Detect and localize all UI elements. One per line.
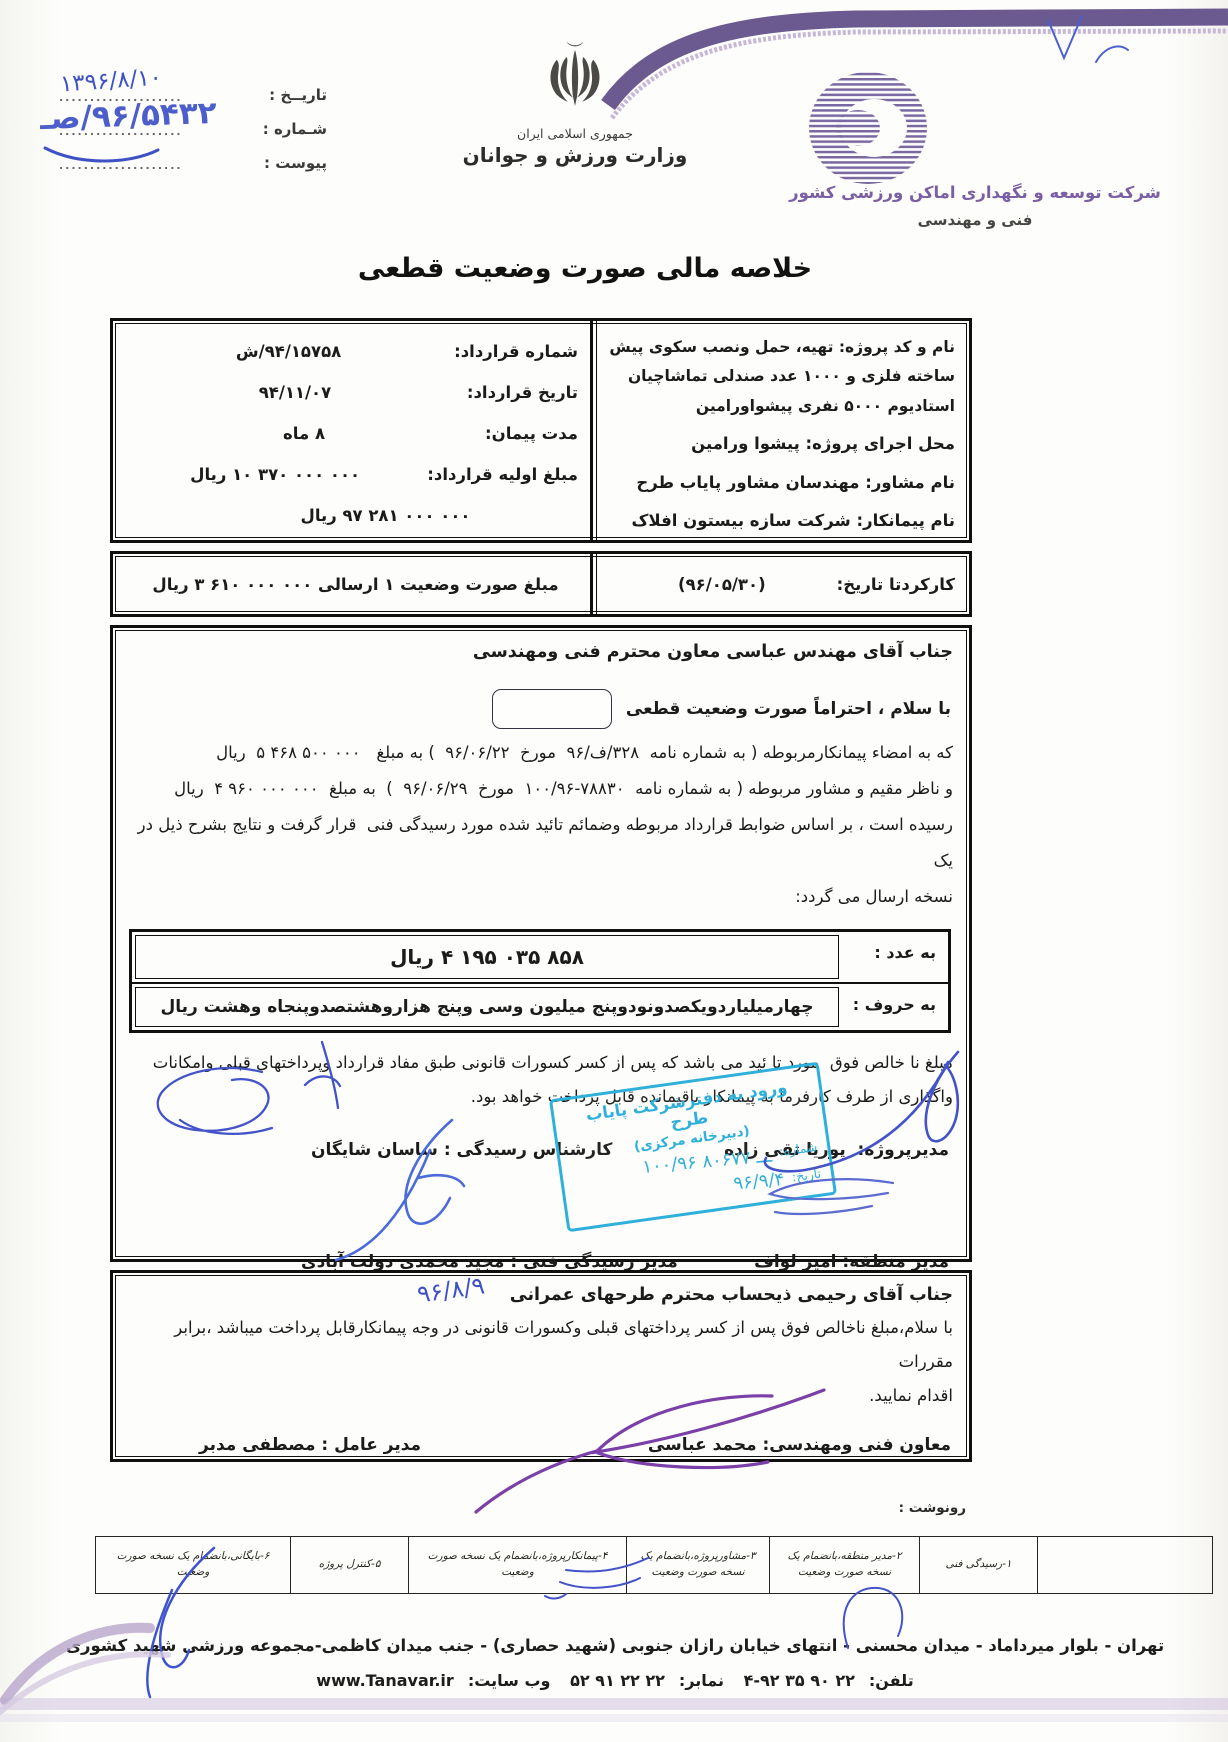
field-value: ۹۴/۱۵۷۵۸/ش <box>123 342 454 361</box>
footer-address: تهران - بلوار میرداماد - میدان محسنی - ا… <box>50 1636 1180 1655</box>
letter-line: و ناظر مقیم و مشاور مربوطه ( به شماره نا… <box>125 771 953 807</box>
fax-label: نمابر: <box>679 1671 724 1690</box>
scan-lavender-band <box>0 1714 1228 1722</box>
cc-label: رونوشت : <box>899 1500 966 1516</box>
field-label: شماره قرارداد: <box>454 342 578 361</box>
phone-label: تلفن: <box>869 1671 914 1690</box>
project-name: نام و کد پروژه: تهیه، حمل ونصب سکوی پیش … <box>603 333 955 421</box>
amount-digits-row: به عدد : ⁦۴ ۱۹۵ ۰۳۵ ۸۵۸⁩ ریال <box>132 932 948 982</box>
phone-number: ⁦۴-۹۲ ۳۵ ۹۰ ۲۲⁩ <box>744 1671 855 1690</box>
contract-field-row: تاریخ قرارداد: ۹۴/۱۱/۰۷ <box>123 372 578 413</box>
company-subtitle: فنی و مهندسی <box>740 211 1210 229</box>
project-location: محل اجرای پروژه: پیشوا ورامین <box>603 428 955 459</box>
cc-item: ۳-مشاورپروژه،بانضمام یک نسخه صورت وضعیت <box>626 1537 769 1593</box>
cc-item: ۱-رسیدگی فنی <box>919 1537 1037 1593</box>
column-divider <box>590 321 597 540</box>
contract-field-row: مبلغ اولیه قرارداد: ⁦۱۰ ۳۷۰ ۰۰۰ ۰۰۰⁩ ریا… <box>123 454 578 495</box>
work-date-value: (۹۶/۰۵/۳۰) <box>607 575 837 594</box>
contract-fields-cell: شماره قرارداد: ۹۴/۱۵۷۵۸/ش تاریخ قرارداد:… <box>113 321 590 540</box>
amount-words-value: چهارمیلیاردویکصدونودوپنج میلیون وسی وپنج… <box>135 987 839 1027</box>
attachment-row: پیوست : .................... <box>55 154 327 172</box>
cc-item: ۲-مدیر منطقه،بانضمام یک نسخه صورت وضعیت <box>769 1537 919 1593</box>
scanned-letter-page: تاریــخ : .................... شـماره : … <box>0 0 1228 1742</box>
contract-field-row: ⁦۹۷ ۲۸۱ ۰۰۰ ۰۰۰⁩ ریال <box>123 495 578 536</box>
cc-empty-cell <box>1037 1537 1212 1593</box>
letter-line: که به امضاء پیمانکارمربوطه ( به شماره نا… <box>125 735 953 771</box>
field-label: مدت پیمان: <box>485 424 578 443</box>
treasurer-note-box: جناب آقای رحیمی ذیحساب محترم طرحهای عمرا… <box>110 1270 972 1462</box>
company-logo-icon <box>809 72 927 184</box>
work-date-label: کارکردتا تاریخ: <box>837 575 955 594</box>
region-manager-signatory: مدیر منطقه: امیر لواف <box>754 1252 949 1272</box>
amount-digits-label: به عدد : <box>842 932 948 982</box>
website-label: وب سایت: <box>468 1671 551 1690</box>
work-date-cell: کارکردتا تاریخ: (۹۶/۰۵/۳۰) <box>597 575 969 594</box>
cc-item: ۶-بایگانی،بانضمام یک نسخه صورت وضعیت <box>96 1537 290 1593</box>
field-value: ۹۴/۱۱/۰۷ <box>123 383 467 402</box>
field-value: ⁦۱۰ ۳۷۰ ۰۰۰ ۰۰۰⁩ ریال <box>123 465 427 484</box>
letter-body-box: جناب آقای مهندس عباسی معاون محترم فنی وم… <box>110 625 972 1262</box>
pen-mark <box>1048 16 1128 62</box>
amount-digits-value: ⁦۴ ۱۹۵ ۰۳۵ ۸۵۸⁩ ریال <box>135 935 839 979</box>
column-divider <box>590 554 597 614</box>
field-label: مبلغ اولیه قرارداد: <box>427 465 578 484</box>
tech-review-manager-signatory: مدیر رسیدگی فنی : مجید محمدی دولت آبادی <box>301 1252 678 1272</box>
document-title: خلاصه مالی صورت وضعیت قطعی <box>160 253 1010 284</box>
contract-field-row: شماره قرارداد: ۹۴/۱۵۷۵۸/ش <box>123 331 578 372</box>
treasurer-addressee: جناب آقای رحیمی ذیحساب محترم طرحهای عمرا… <box>125 1285 953 1305</box>
stamp-date-label: تاریخ: <box>791 1166 822 1185</box>
stamp-date-handwritten: ۹۶/۹/۴ <box>733 1169 785 1194</box>
deputy-signatory: معاون فنی ومهندسی: محمد عباسی <box>648 1435 951 1455</box>
ministry-header: جمهوری اسلامی ایران وزارت ورزش و جوانان <box>425 36 725 167</box>
letter-line: رسیده است ، بر اساس ضوابط قرارداد مربوطه… <box>125 807 953 879</box>
date-label: تاریــخ : <box>269 86 327 104</box>
letter-opening: با سلام ، احتراماً صورت وضعیت قطعی <box>626 699 951 719</box>
iran-emblem-icon <box>538 36 612 120</box>
work-to-date-table: کارکردتا تاریخ: (۹۶/۰۵/۳۰) مبلغ صورت وضع… <box>110 551 972 617</box>
treasurer-body-line: با سلام،مبلغ ناخالص فوق پس از کسر پرداخت… <box>125 1311 953 1379</box>
letter-addressee: جناب آقای مهندس عباسی معاون محترم فنی وم… <box>125 642 953 662</box>
statement-amount-cell: مبلغ صورت وضعیت ۱ ارسالی ⁦۳ ۶۱۰ ۰۰۰ ۰۰۰⁩… <box>113 575 590 594</box>
field-value: ⁦۹۷ ۲۸۱ ۰۰۰ ۰۰۰⁩ ریال <box>123 506 578 525</box>
treasurer-body-line: اقدام نمایید. <box>125 1379 953 1413</box>
footer-contact: تلفن:⁦۴-۹۲ ۳۵ ۹۰ ۲۲⁩ نمابر:⁦۵۲ ۹۱ ۲۲ ۲۲⁩… <box>50 1671 1180 1690</box>
field-label: تاریخ قرارداد: <box>467 383 578 402</box>
scan-lavender-band <box>0 1698 1228 1710</box>
gov-line1: جمهوری اسلامی ایران <box>425 126 725 141</box>
stamp-number-label: شماره: <box>778 1139 818 1159</box>
net-note-line: واگذاری از طرف کارفرما به پیمانکار باقیم… <box>125 1080 953 1114</box>
contract-info-table: نام و کد پروژه: تهیه، حمل ونصب سکوی پیش … <box>110 318 972 543</box>
cc-item: ۴-پیمانکارپروژه،بانضمام یک نسخه صورت وضع… <box>408 1537 626 1593</box>
gov-line2: وزارت ورزش و جوانان <box>425 143 725 167</box>
handwritten-number: ۹۶/۵۴۳۲/صـ <box>39 95 217 137</box>
field-value: ۸ ماه <box>123 424 485 443</box>
ceo-signatory: مدیر عامل : مصطفی مدبر <box>199 1435 421 1455</box>
project-info-cell: نام و کد پروژه: تهیه، حمل ونصب سکوی پیش … <box>597 321 969 540</box>
amount-words-row: به حروف : چهارمیلیاردویکصدونودوپنج میلیو… <box>132 982 948 1030</box>
amount-words-label: به حروف : <box>842 984 948 1030</box>
net-note-line: مبلغ نا خالص فوق مورد تا ئید می باشد که … <box>125 1046 953 1080</box>
fax-number: ⁦۵۲ ۹۱ ۲۲ ۲۲⁩ <box>570 1671 665 1690</box>
contract-field-row: مدت پیمان: ۸ ماه <box>123 413 578 454</box>
treasurer-signature-row: معاون فنی ومهندسی: محمد عباسی مدیر عامل … <box>125 1413 953 1487</box>
amount-table: به عدد : ⁦۴ ۱۹۵ ۰۳۵ ۸۵۸⁩ ریال به حروف : … <box>129 929 951 1033</box>
attachment-dotted-line: .................... <box>55 159 264 172</box>
letter-line: نسخه ارسال می گردد: <box>125 879 953 915</box>
number-label: شـماره : <box>263 120 327 138</box>
company-name: شرکت توسعه و نگهداری اماکن ورزشی کشور <box>740 183 1210 202</box>
cc-distribution-row: ۱-رسیدگی فنی ۲-مدیر منطقه،بانضمام یک نسخ… <box>95 1536 1213 1594</box>
consultant-name: نام مشاور: مهندسان مشاور پایاب طرح <box>603 467 955 498</box>
attachment-label: پیوست : <box>264 154 327 172</box>
empty-check-box <box>492 689 612 729</box>
cc-item: ۵-کنترل پروژه <box>290 1537 408 1593</box>
website-url: ⁦www.Tanavar.ir⁩ <box>316 1671 454 1690</box>
contractor-name: نام پیمانکار: شرکت سازه بیستون افلاک <box>603 505 955 536</box>
